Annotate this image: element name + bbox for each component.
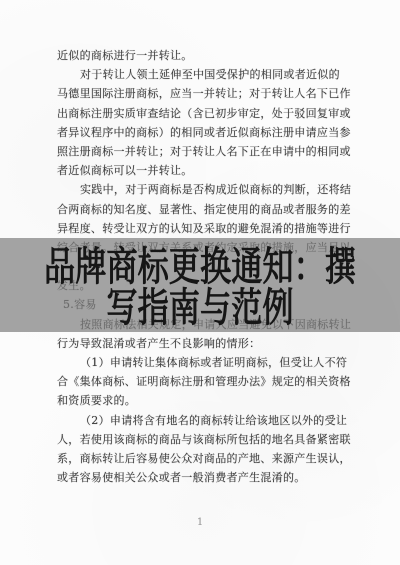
text-line: 出商标注册实质审查结论（含已初步审定，处于驳回复审或 xyxy=(57,104,349,123)
text-line: 异程度、转受让双方的认知及采取的避免混淆的措施等进行 xyxy=(57,219,349,238)
text-line: 实践中，对于两商标是否构成近似商标的判断，还将结 xyxy=(57,180,349,199)
overlay-title: 品牌商标更换通知：撰 写指南与范例 xyxy=(44,247,356,329)
text-line: 系，商标转让后容易使公众对商品的产地、来源产生误认， xyxy=(57,449,349,468)
page-number: 1 xyxy=(0,517,400,528)
text-line: 或者容易使相关公众或者一般消费者产生混淆的。 xyxy=(57,468,349,487)
document-page: 近似的商标进行一并转让。 对于转让人领土延伸至中国受保护的相同或者近似的 马德里… xyxy=(0,0,400,565)
text-line: 照注册商标一并转让；对于转让人名下正在申请中的相同或 xyxy=(57,142,349,161)
text-line: 者近似商标可以一并转让。 xyxy=(57,161,349,180)
text-line: 合两商标的知名度、显著性、指定使用的商品或者服务的差 xyxy=(57,200,349,219)
text-line: 者异议程序中的商标）的相同或者近似商标注册申请应当参 xyxy=(57,123,349,142)
text-line: （1）申请转让集体商标或者证明商标，但受让人不符 xyxy=(57,353,349,372)
text-line: 人，若使用该商标的商品与该商标所包括的地名具备紧密联 xyxy=(57,430,349,449)
text-line: 合《集体商标、证明商标注册和管理办法》规定的相关资格 xyxy=(57,372,349,391)
text-line: 行为导致混淆或者产生不良影响的情形： xyxy=(57,334,349,353)
text-line: 近似的商标进行一并转让。 xyxy=(57,46,349,65)
overlay-title-line2: 写指南与范例 xyxy=(44,288,356,329)
text-line: （2）申请将含有地名的商标转让给该地区以外的受让 xyxy=(57,411,349,430)
text-line: 马德里国际注册商标，应当一并转让；对于转让人名下已作 xyxy=(57,84,349,103)
overlay-title-line1: 品牌商标更换通知：撰 xyxy=(44,247,356,288)
text-line: 对于转让人领土延伸至中国受保护的相同或者近似的 xyxy=(57,65,349,84)
text-line: 和资质要求的。 xyxy=(57,391,349,410)
